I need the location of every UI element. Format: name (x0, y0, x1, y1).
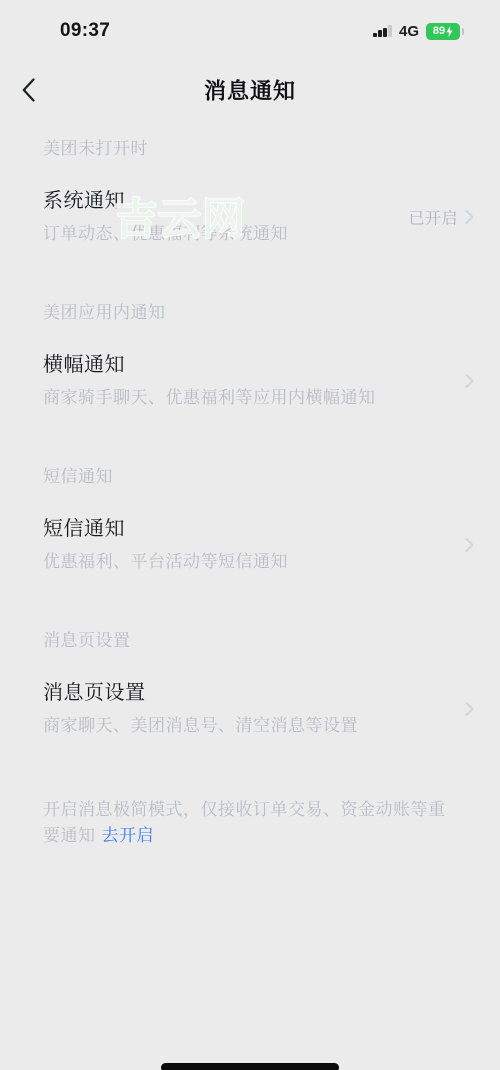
status-value-label: 已开启 (408, 205, 458, 228)
chevron-right-icon (465, 537, 474, 552)
section-sms: 短信通知 短信通知 优惠福利、平台活动等短信通知 (0, 467, 500, 571)
section-header: 短信通知 (43, 467, 500, 486)
chevron-right-icon (465, 373, 474, 388)
nav-bar: 消息通知 (0, 56, 500, 124)
row-message-page-settings[interactable]: 消息页设置 商家聊天、美团消息号、清空消息等设置 (43, 682, 500, 735)
battery-icon: 89 (426, 23, 460, 40)
row-subtitle: 商家骑手聊天、优惠福利等应用内横幅通知 (43, 388, 390, 407)
row-banner-notifications[interactable]: 横幅通知 商家骑手聊天、优惠福利等应用内横幅通知 (43, 354, 500, 407)
row-system-notifications[interactable]: 系统通知 订单动态、优惠福利等系统通知 已开启 (43, 190, 500, 243)
chevron-right-icon (465, 701, 474, 716)
settings-list: 美团未打开时 系统通知 订单动态、优惠福利等系统通知 已开启 美团应用内通知 横… (0, 124, 500, 849)
row-subtitle: 商家聊天、美团消息号、清空消息等设置 (43, 716, 390, 735)
row-accessory (465, 701, 474, 716)
status-indicators: 4G 89 (373, 23, 464, 40)
minimal-mode-note: 开启消息极简模式，仅接收订单交易、资金动账等重要通知去开启 (43, 797, 451, 849)
network-type-label: 4G (399, 23, 419, 40)
page-title: 消息通知 (0, 75, 500, 106)
section-in-app: 美团应用内通知 横幅通知 商家骑手聊天、优惠福利等应用内横幅通知 (0, 303, 500, 407)
status-bar: 09:37 4G 89 (0, 0, 500, 56)
notification-settings-screen: 09:37 4G 89 消息通知 美团未打开时 系统通知 (0, 0, 500, 1070)
row-subtitle: 订单动态、优惠福利等系统通知 (43, 224, 390, 243)
charging-bolt-icon (446, 26, 453, 37)
row-title: 短信通知 (43, 518, 390, 541)
signal-strength-icon (373, 25, 392, 37)
section-header: 消息页设置 (43, 631, 500, 650)
row-accessory (465, 537, 474, 552)
row-accessory: 已开启 (408, 205, 474, 228)
enable-minimal-mode-link[interactable]: 去开启 (102, 826, 155, 845)
home-indicator[interactable] (161, 1063, 339, 1070)
row-title: 横幅通知 (43, 354, 390, 377)
row-title: 系统通知 (43, 190, 390, 213)
row-subtitle: 优惠福利、平台活动等短信通知 (43, 552, 390, 571)
row-title: 消息页设置 (43, 682, 390, 705)
battery-percent-label: 89 (433, 25, 445, 37)
status-time: 09:37 (60, 20, 110, 42)
section-message-page: 消息页设置 消息页设置 商家聊天、美团消息号、清空消息等设置 (0, 631, 500, 735)
battery-cap (462, 28, 464, 35)
section-header: 美团未打开时 (43, 139, 500, 158)
chevron-right-icon (465, 209, 474, 224)
row-sms-notifications[interactable]: 短信通知 优惠福利、平台活动等短信通知 (43, 518, 500, 571)
section-app-closed: 美团未打开时 系统通知 订单动态、优惠福利等系统通知 已开启 (0, 139, 500, 243)
section-header: 美团应用内通知 (43, 303, 500, 322)
row-accessory (465, 373, 474, 388)
